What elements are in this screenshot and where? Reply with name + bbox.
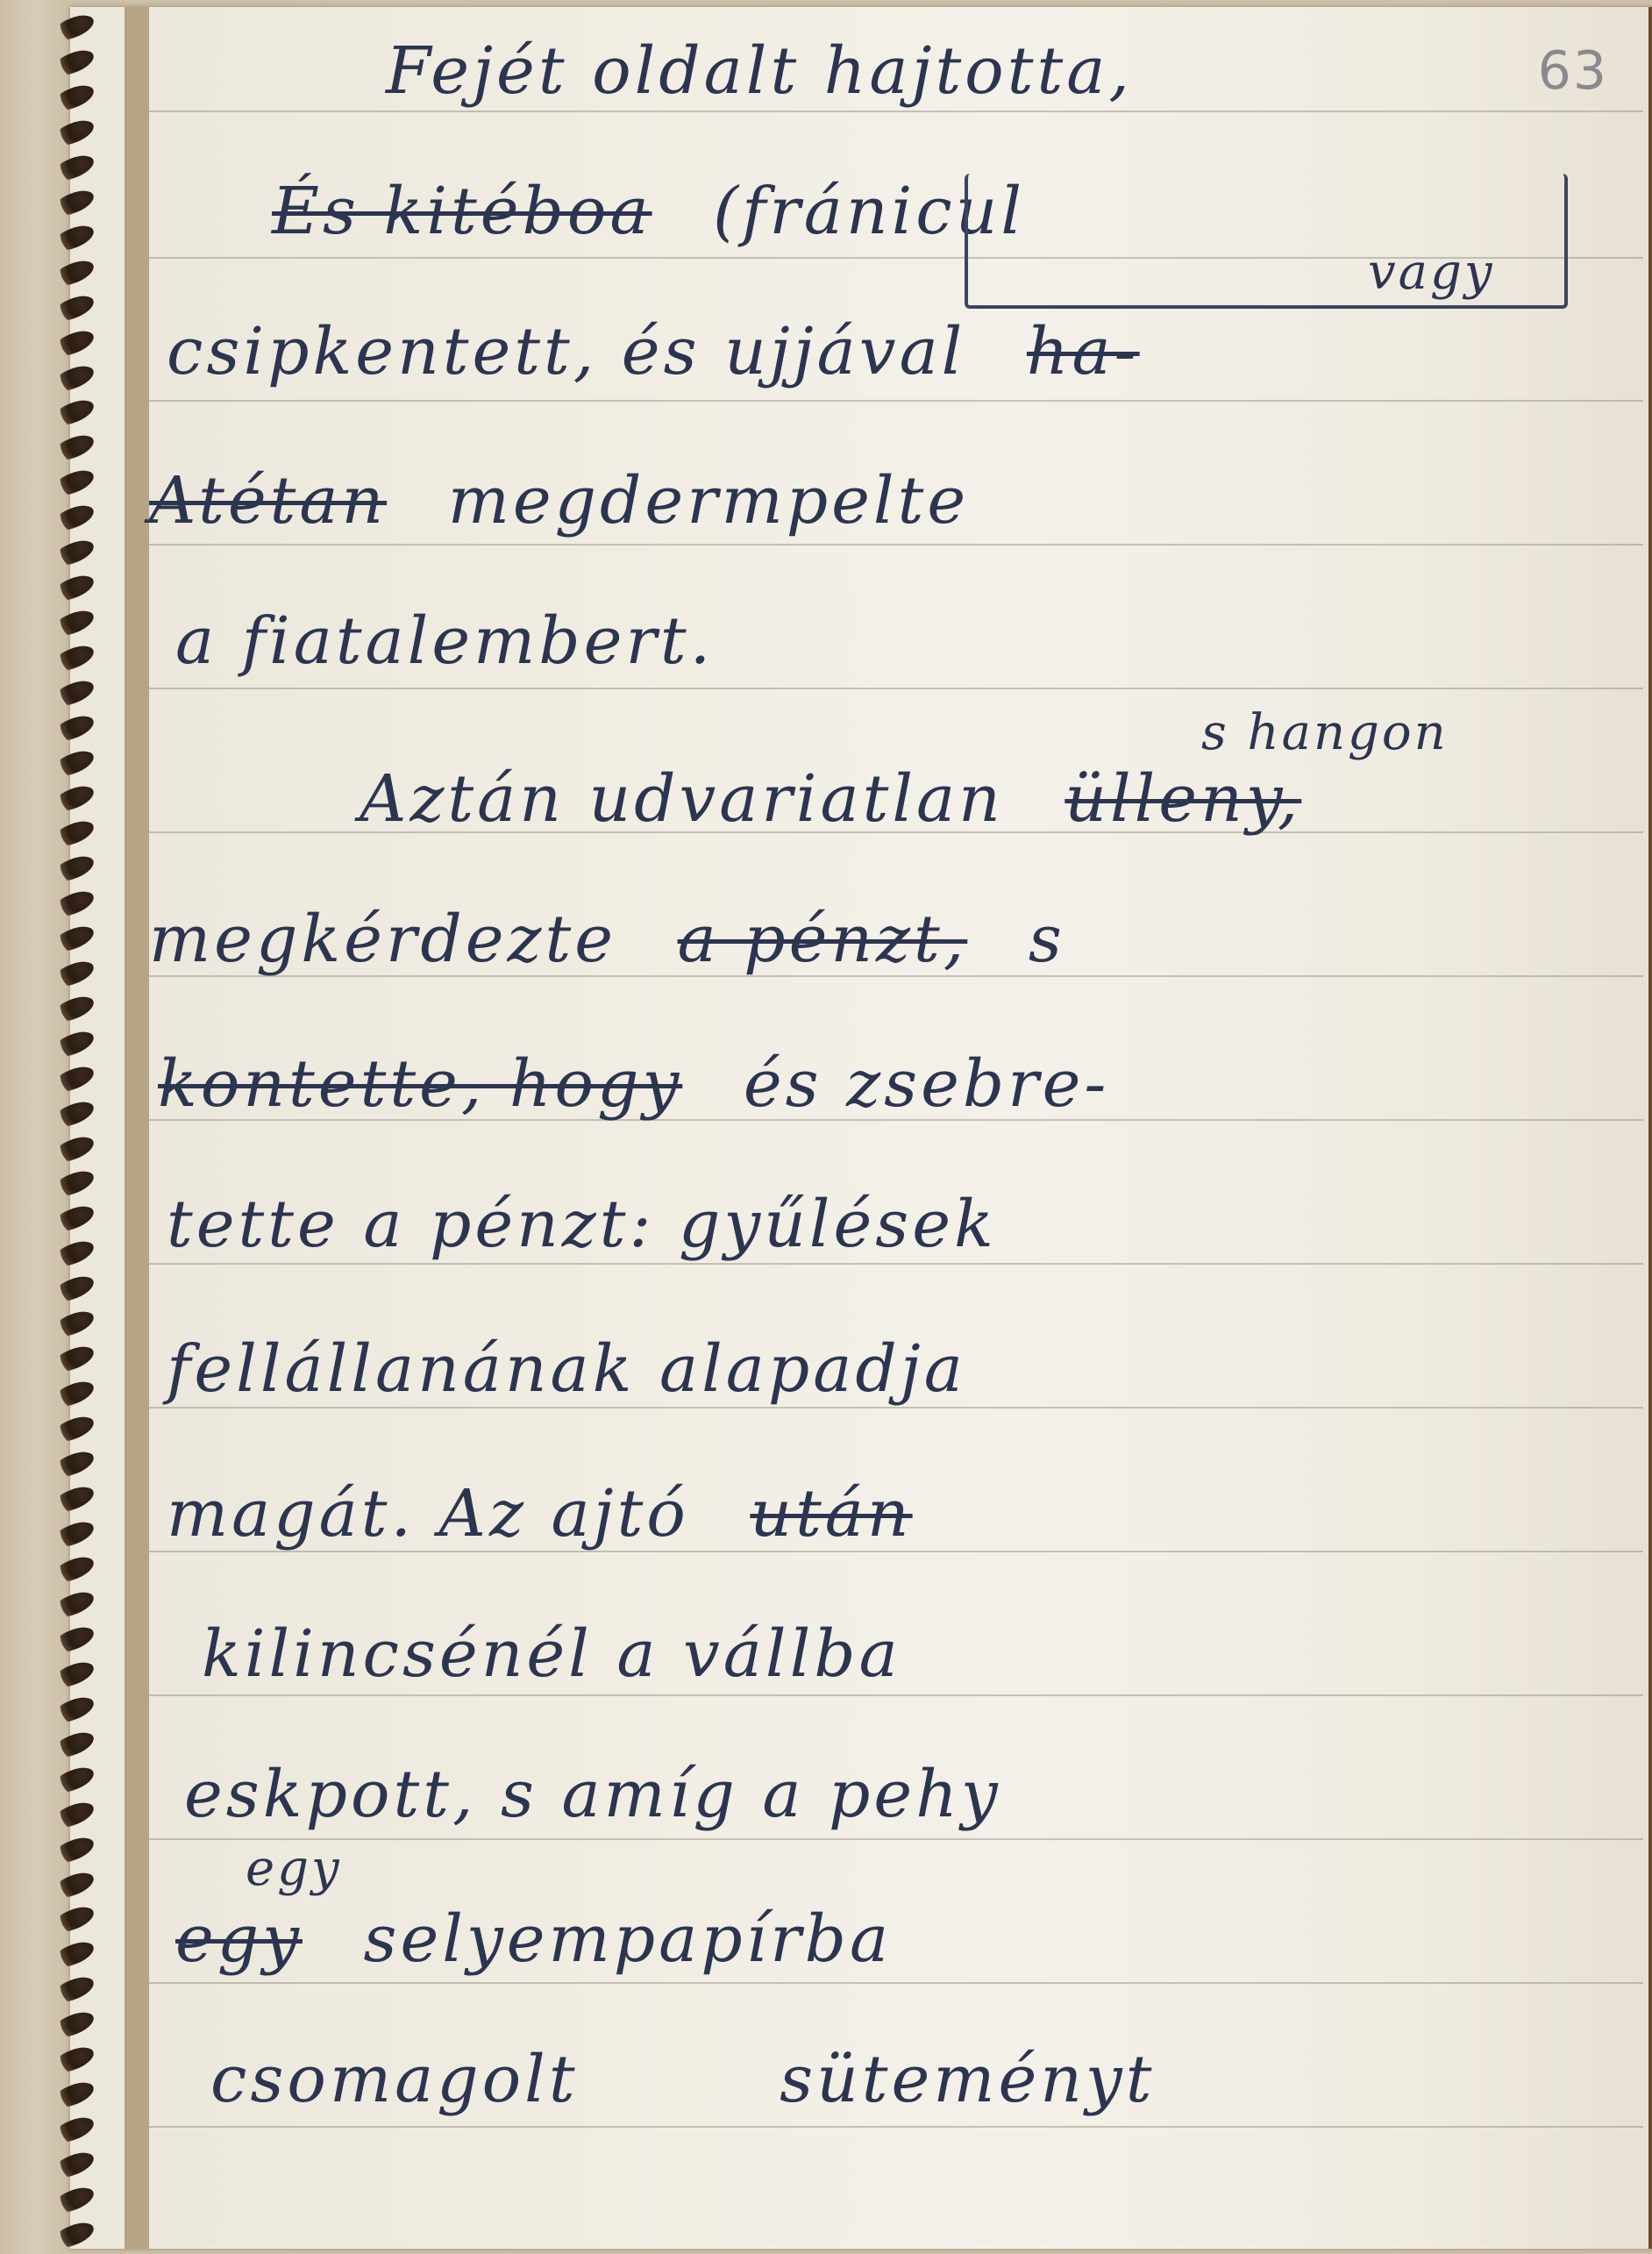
ruled-line	[149, 544, 1643, 546]
spiral-binding	[42, 18, 103, 2245]
text-line-5: a fiatalembert.	[175, 603, 1648, 679]
word: és zsebre-	[744, 1046, 1110, 1122]
ruled-line	[149, 2126, 1643, 2128]
ruled-line	[149, 111, 1643, 112]
text-line-12: kilincsénél a vállba	[202, 1616, 1648, 1692]
struck-word: egy	[175, 1901, 303, 1977]
word: Fejét oldalt hajtotta,	[386, 33, 1133, 109]
spiral-hole-strip	[125, 7, 149, 2249]
struck-word: ülleny,	[1065, 761, 1301, 837]
struck-word: a pénzt,	[678, 902, 968, 977]
word: a fiatalembert.	[175, 603, 714, 679]
word: tette a pénzt: gyűlések	[167, 1187, 997, 1262]
ruled-line	[149, 1838, 1643, 1840]
word: csipkentett, és ujjával	[167, 314, 965, 389]
struck-word: Atétan	[149, 463, 387, 539]
word: kilincsénél a vállba	[202, 1616, 901, 1692]
word: s	[1029, 902, 1065, 977]
struck-word: És kitéboa	[272, 174, 652, 249]
text-line-6: Aztán udvariatlan ülleny,	[360, 761, 1648, 837]
notebook-page: 63 Fejét oldalt hajtotta, És kitéboa (fr…	[70, 7, 1652, 2249]
word: selyempapírba	[364, 1901, 893, 1977]
text-line-4: Atétan megdermpelte	[149, 463, 1648, 539]
text-line-10: fellállanának alapadja	[167, 1331, 1648, 1407]
word: Aztán udvariatlan	[360, 761, 1004, 837]
text-line-9: tette a pénzt: gyűlések	[167, 1187, 1648, 1262]
word: süteményt	[780, 2042, 1155, 2117]
ruled-line	[149, 1694, 1643, 1696]
text-line-8: kontette, hogy és zsebre-	[158, 1046, 1648, 1122]
text-line-1: Fejét oldalt hajtotta,	[386, 33, 1648, 109]
ruled-line	[149, 1263, 1643, 1265]
text-line-3: csipkentett, és ujjával ha-	[167, 314, 1648, 389]
insertion-text: egy	[246, 1840, 342, 1897]
ruled-line	[149, 1407, 1643, 1409]
ruled-line	[149, 400, 1643, 402]
insertion-text: s hangon	[1201, 704, 1449, 761]
word: eskpott, s amíg a pehy	[184, 1757, 1001, 1832]
ruled-line	[149, 1982, 1643, 1984]
word: megkérdezte	[149, 902, 616, 977]
text-line-14: egy selyempapírba	[175, 1901, 1648, 1977]
text-line-7: megkérdezte a pénzt, s	[149, 902, 1648, 977]
ruled-line	[149, 688, 1643, 689]
text-line-13: eskpott, s amíg a pehy	[184, 1757, 1648, 1832]
word: magát. Az ajtó	[167, 1476, 689, 1551]
text-line-15: csomagolt süteményt	[210, 2042, 1648, 2117]
word: megdermpelte	[448, 463, 969, 539]
word: csomagolt	[210, 2042, 579, 2117]
text-line-11: magát. Az ajtó után	[167, 1476, 1648, 1551]
struck-word: kontette, hogy	[158, 1046, 682, 1122]
insertion-text: vagy	[1368, 244, 1495, 301]
struck-word: után	[750, 1476, 912, 1551]
word: fellállanának alapadja	[167, 1331, 966, 1407]
struck-word: ha-	[1027, 314, 1140, 389]
